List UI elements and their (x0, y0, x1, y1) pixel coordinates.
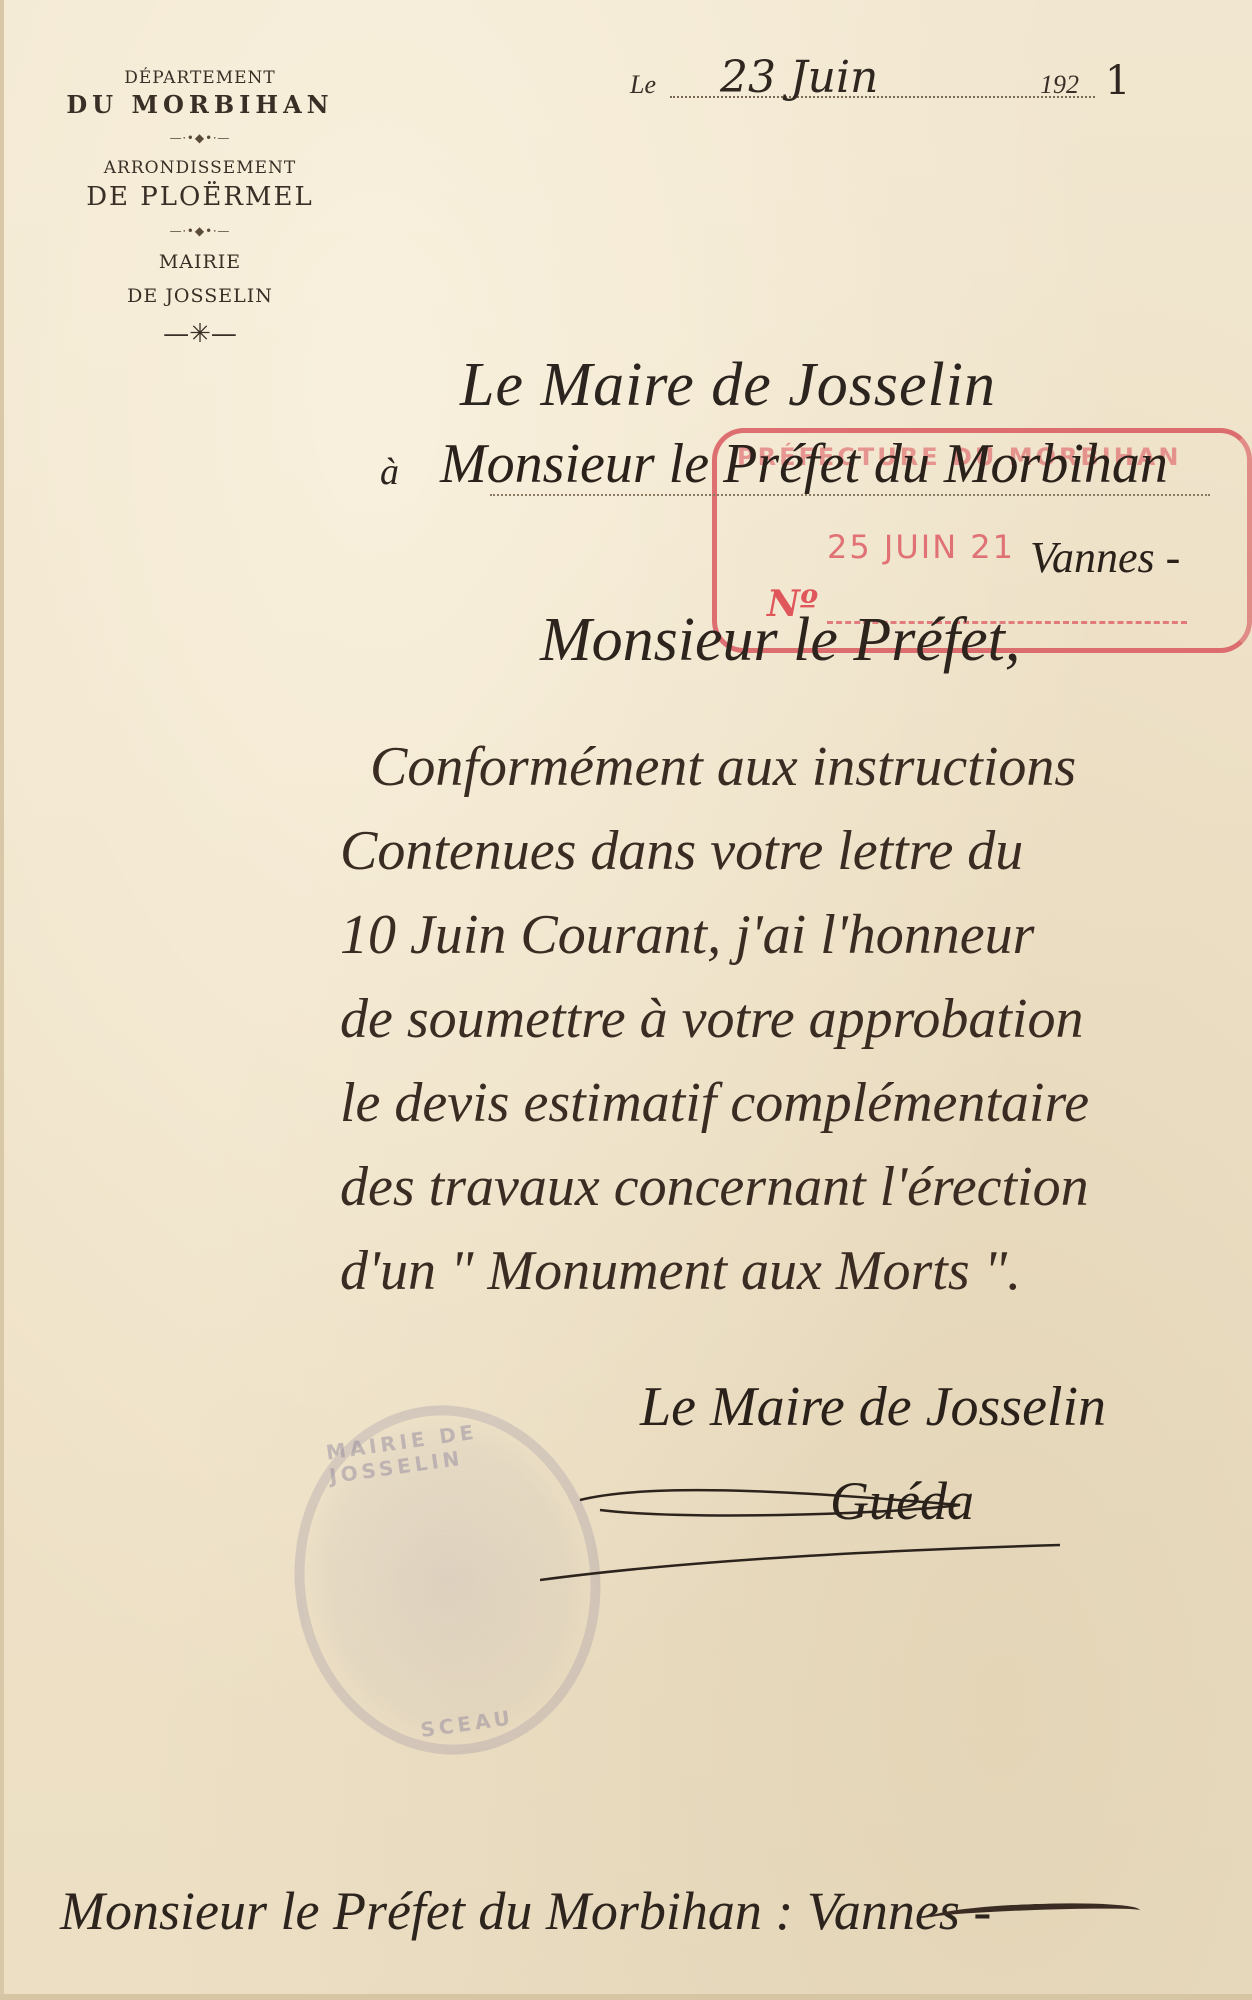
handwritten-date: 23 Juin (720, 52, 878, 103)
body-line: des travaux concernant l'érection (340, 1145, 1240, 1229)
address-annotation: Monsieur le Préfet du Morbihan : Vannes … (60, 1880, 991, 1942)
year-printed: 192 (1040, 70, 1079, 100)
ornament-divider: —⸱•◆•⸱— (40, 222, 360, 239)
departement-name: DU MORBIHAN (40, 90, 360, 119)
letterhead: DÉPARTEMENT DU MORBIHAN —⸱•◆•⸱— ARRONDIS… (40, 68, 360, 349)
body-line: 10 Juin Courant, j'ai l'honneur (340, 893, 1240, 977)
recipient-city: Vannes - (1030, 532, 1180, 583)
recipient-handwritten: Monsieur le Préfet du Morbihan (440, 432, 1168, 496)
arrondissement-label: ARRONDISSEMENT (40, 158, 360, 178)
to-prefix: à (380, 450, 399, 494)
signature-flourish-icon (540, 1470, 1060, 1590)
seal-bottom-text: SCEAU (419, 1705, 515, 1742)
signature-name: Guéda (830, 1470, 974, 1532)
star-ornament-icon: —✳— (40, 319, 360, 349)
arrondissement-name: DE PLOËRMEL (40, 182, 360, 212)
salutation: Monsieur le Préfet, (540, 605, 1020, 676)
body-line: de soumettre à votre approbation (340, 977, 1240, 1061)
mairie-name: DE JOSSELIN (40, 285, 360, 307)
stamp-date: 25 JUIN 21 (827, 528, 1015, 566)
paper-bottom-edge (0, 1994, 1252, 2000)
sender-heading: Le Maire de Josselin (460, 350, 996, 421)
body-line: d'un " Monument aux Morts ". (340, 1229, 1240, 1313)
signature-title: Le Maire de Josselin (640, 1375, 1106, 1439)
date-prefix: Le (630, 70, 656, 100)
ornament-divider: —⸱•◆•⸱— (40, 129, 360, 146)
body-line: le devis estimatif complémentaire (340, 1061, 1240, 1145)
body-line: Contenues dans votre lettre du (340, 809, 1240, 893)
body-line: Conformément aux instructions (340, 725, 1240, 809)
mairie-label: MAIRIE (40, 251, 360, 273)
departement-label: DÉPARTEMENT (40, 68, 360, 88)
letter-body: Conformément aux instructions Contenues … (340, 725, 1240, 1313)
recipient-line: à Monsieur le Préfet du Morbihan (380, 440, 1230, 500)
year-handwritten: 1 (1105, 58, 1130, 104)
paper-edge (0, 0, 4, 2000)
dateline: Le 23 Juin 192 1 (630, 52, 1125, 112)
